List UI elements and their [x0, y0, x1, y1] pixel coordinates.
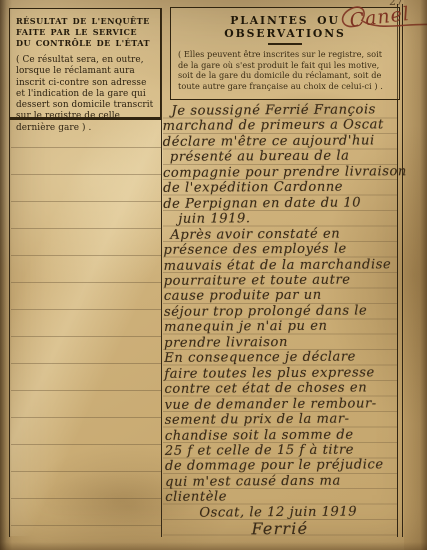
entry-line: mauvais état de la marchandise: [164, 256, 402, 273]
inquiry-result-title: RÉSULTAT DE L'ENQUÊTE FAITE PAR LE SERVI…: [16, 16, 154, 49]
entry-line: prendre livraison: [164, 333, 402, 350]
entry-line: contre cet état de choses en: [164, 380, 402, 397]
entry-line: séjour trop prolongé dans le: [164, 303, 402, 320]
entry-signature: Ferrié: [165, 519, 403, 539]
entry-line: présenté au bureau de la: [163, 148, 401, 165]
entry-line: pourraiture et toute autre: [164, 272, 402, 289]
title-underline: [268, 43, 302, 45]
handwritten-entry: Je soussigné Ferrié François marchand de…: [162, 102, 403, 539]
entry-line: de Perpignan en date du 10: [163, 194, 401, 211]
entry-line: vue de demander le rembour-: [165, 395, 403, 412]
complaints-title: PLAINTES OU OBSERVATIONS: [178, 14, 392, 40]
entry-line: manequin je n'ai pu en: [164, 318, 402, 335]
entry-dateline: Oscat, le 12 juin 1919: [165, 503, 403, 520]
entry-line: chandise soit la somme de: [165, 426, 403, 443]
entry-line: Après avoir constaté en: [163, 225, 401, 242]
inquiry-result-note: ( Ce résultat sera, en outre, lorsque le…: [16, 55, 154, 134]
entry-line: déclare m'être ce aujourd'hui: [163, 133, 401, 150]
page-edge-shadow-left: [0, 0, 12, 550]
entry-line: faire toutes les plus expresse: [164, 364, 402, 381]
complaints-box: PLAINTES OU OBSERVATIONS ( Elles peuvent…: [170, 7, 400, 100]
page-edge-shadow-bottom: [0, 542, 427, 550]
entry-line: En consequence je déclare: [164, 349, 402, 366]
entry-line: qui m'est causé dans ma: [165, 473, 403, 490]
inquiry-result-box: RÉSULTAT DE L'ENQUÊTE FAITE PAR LE SERVI…: [9, 8, 161, 120]
page-edge-shadow-right: [420, 0, 427, 550]
entry-line: marchand de primeurs a Oscat: [163, 117, 401, 134]
left-column-ruled-lines: [11, 121, 161, 533]
entry-line: de dommage pour le préjudice: [165, 457, 403, 474]
entry-line: juin 1919.: [163, 210, 401, 227]
column-divider-line: [161, 8, 162, 537]
entry-line: compagnie pour prendre livraison: [163, 163, 401, 180]
entry-line: présence des employés le: [163, 241, 401, 258]
entry-line: de l'expédition Cardonne: [163, 179, 401, 196]
entry-line: cause produite par un: [164, 287, 402, 304]
register-page: 27 RÉSULTAT DE L'ENQUÊTE FAITE PAR LE SE…: [0, 0, 427, 550]
entry-line: 25 f et celle de 15 f à titre: [165, 442, 403, 459]
entry-line: Je soussigné Ferrié François: [162, 102, 400, 119]
complaints-note: ( Elles peuvent être inscrites sur le re…: [178, 49, 392, 91]
entry-line: clientèle: [165, 488, 403, 505]
entry-line: sement du prix de la mar-: [165, 411, 403, 428]
